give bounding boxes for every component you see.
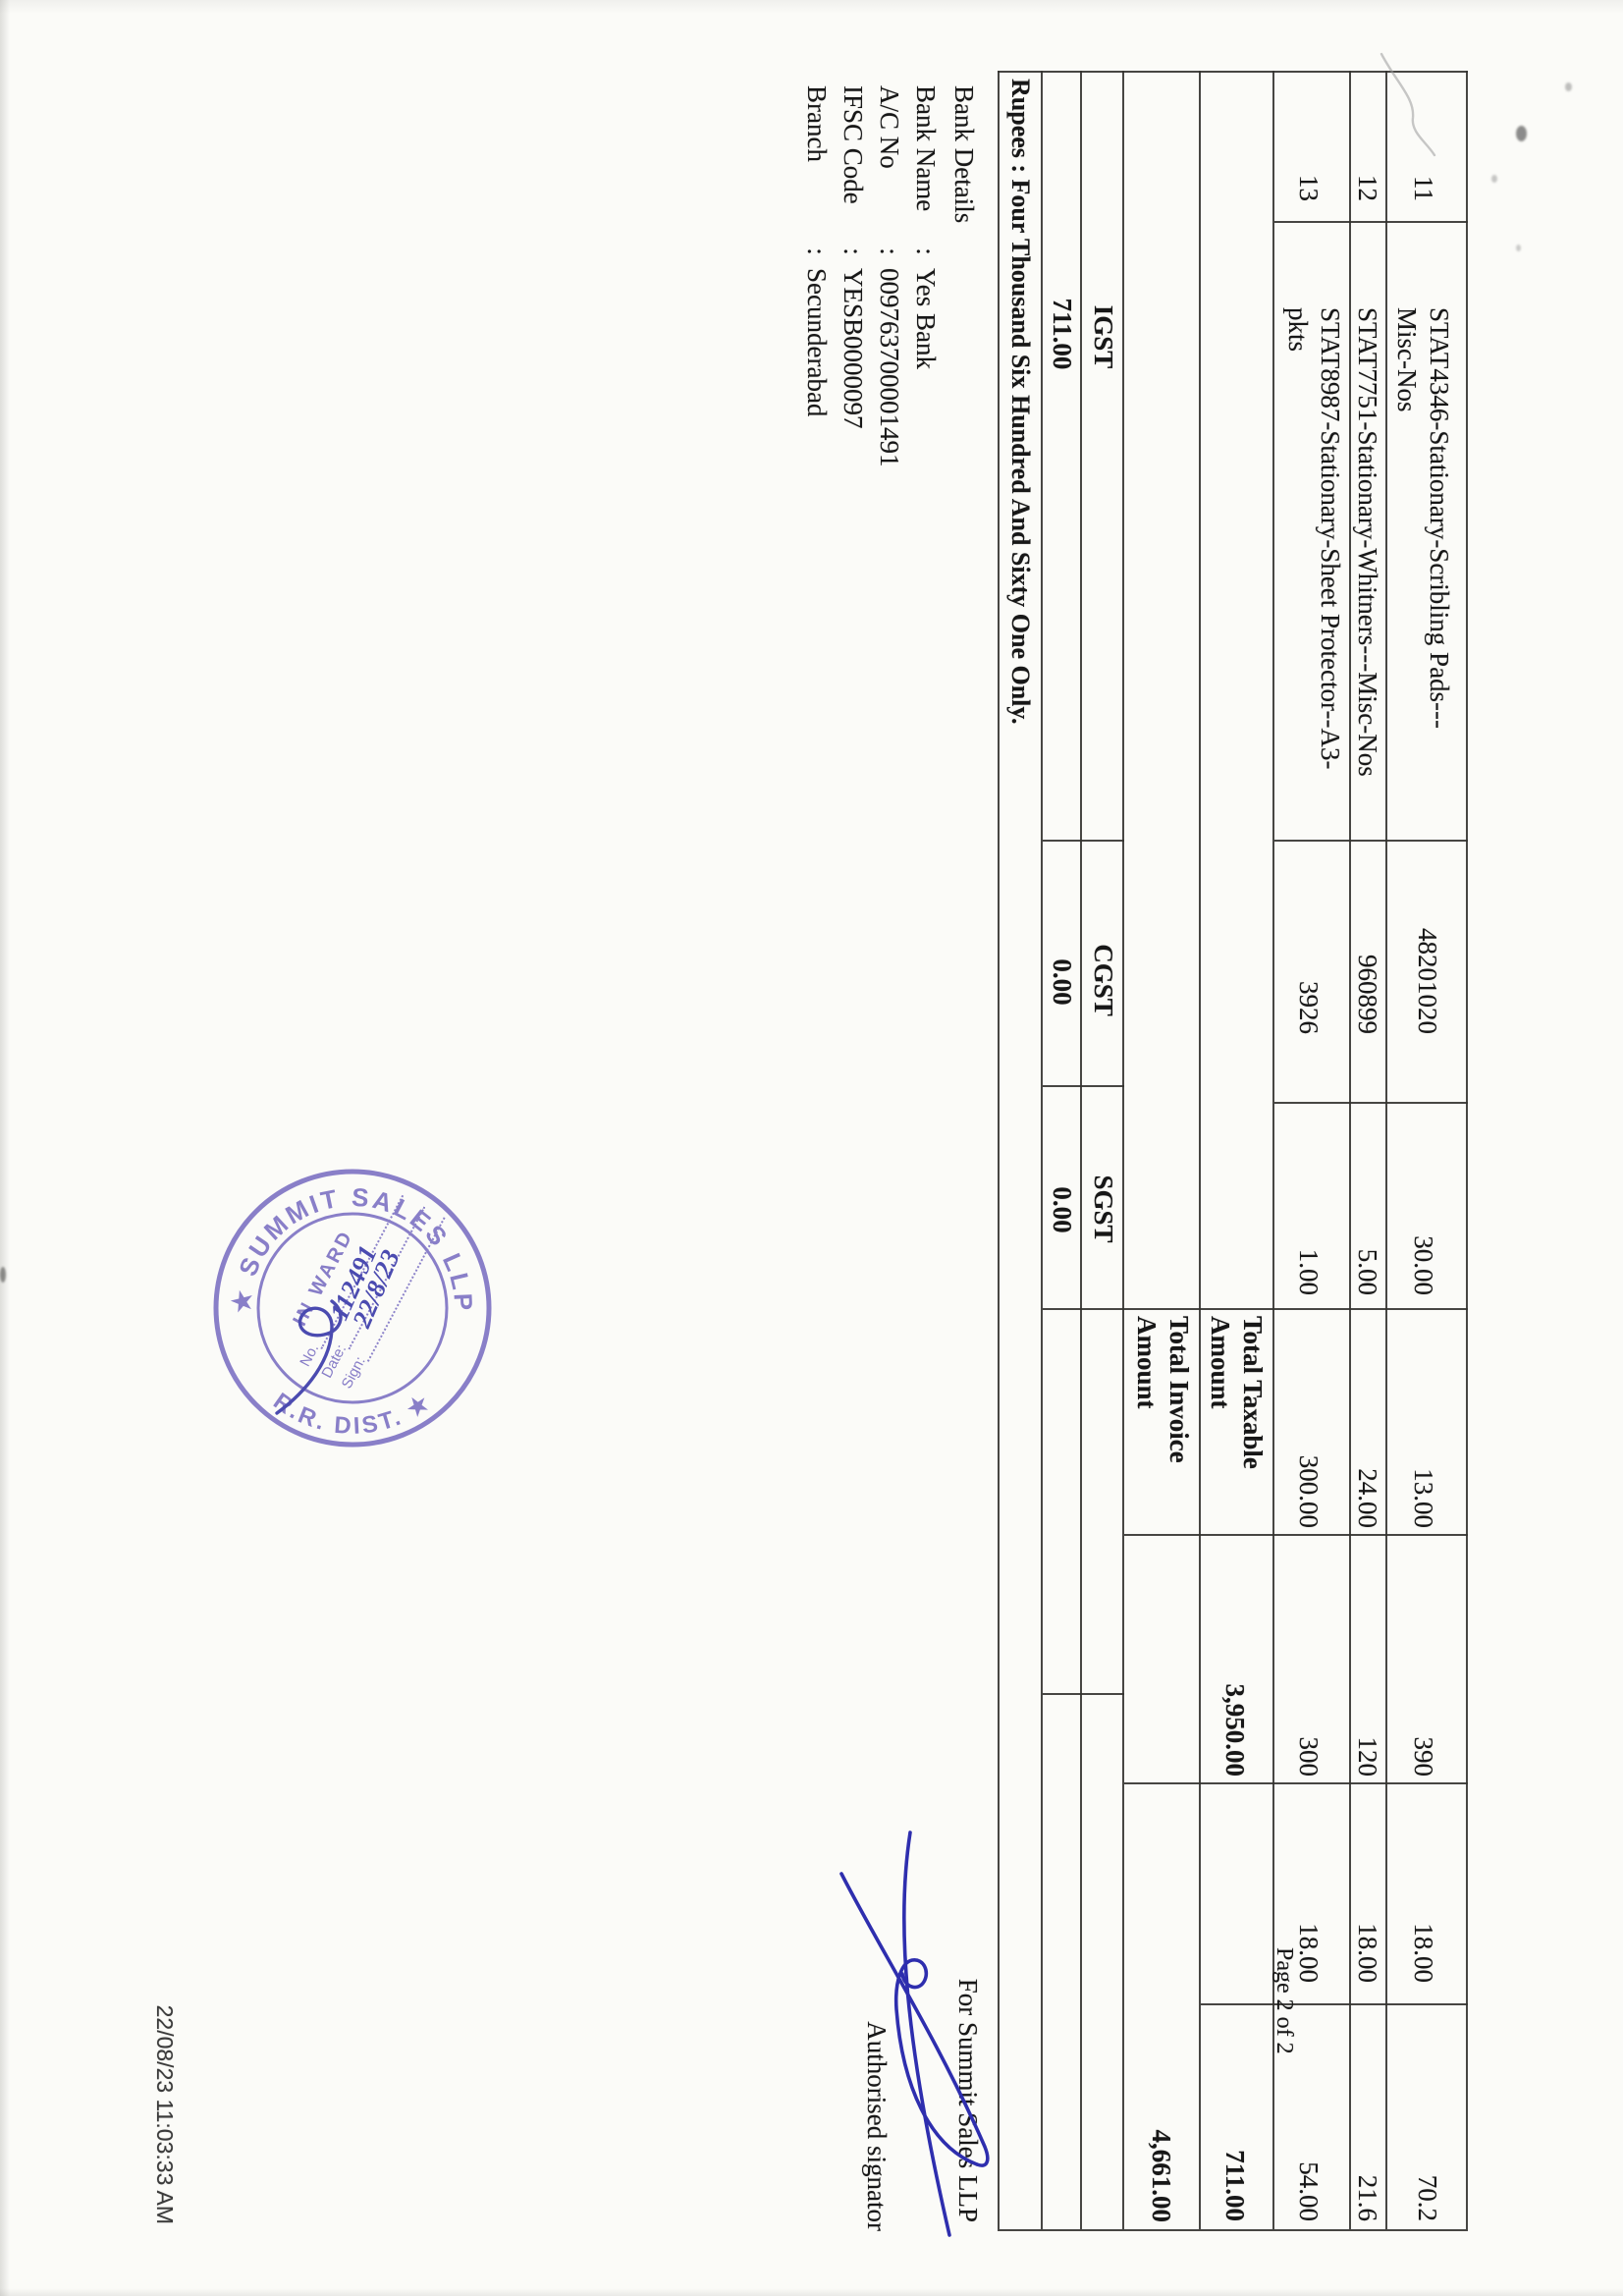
colon: : xyxy=(910,235,941,268)
cgst-value: 0.00 xyxy=(1047,884,1077,1080)
table-line xyxy=(1041,71,1043,2229)
colon: : xyxy=(874,235,904,268)
account-number-row: A/C No:009763700001491 xyxy=(874,85,904,467)
igst-value: 711.00 xyxy=(1047,236,1077,432)
gst-amount: 70.2 xyxy=(1412,2025,1442,2221)
scanned-invoice-page: 11 STAT4346-Stationary-Scribling Pads---… xyxy=(0,0,1623,2296)
cgst-label: CGST xyxy=(1088,882,1118,1078)
col-line-rate xyxy=(1124,1534,1468,1536)
table-line xyxy=(1466,71,1468,2229)
sgst-value: 0.00 xyxy=(1047,1112,1077,1308)
pencil-scribble xyxy=(1368,39,1446,177)
table-line xyxy=(1080,71,1082,2229)
print-timestamp: 22/08/23 11:03:33 AM xyxy=(149,1930,180,2224)
col-line-tax-a xyxy=(1043,1085,1124,1087)
page-number: Page 2 of 2 xyxy=(1269,1947,1299,2054)
qty: 5.00 xyxy=(1352,1099,1382,1295)
rate: 24.00 xyxy=(1352,1332,1382,1528)
branch-label: Branch xyxy=(801,85,832,235)
sgst-label: SGST xyxy=(1088,1111,1118,1307)
col-line-slno xyxy=(1274,221,1468,223)
signature-ink xyxy=(820,1823,1006,2255)
gst-amount: 21.6 xyxy=(1352,2025,1382,2221)
qty: 1.00 xyxy=(1293,1099,1324,1295)
amount: 300 xyxy=(1293,1580,1324,1777)
hsn-code: 48201020 xyxy=(1412,838,1442,1034)
total-taxable-label: Total Taxable xyxy=(1237,1316,1268,1469)
invoice-sheet: 11 STAT4346-Stationary-Scribling Pads---… xyxy=(0,0,1623,2296)
hsn-code: 960899 xyxy=(1352,838,1382,1034)
total-invoice-label: Amount xyxy=(1131,1316,1162,1409)
sl-no: 13 xyxy=(1293,98,1324,201)
branch-row: Branch:Secunderabad xyxy=(801,85,832,416)
item-description: Misc-Nos xyxy=(1391,307,1422,412)
inward-sign-ink xyxy=(238,1284,375,1421)
ink-speck xyxy=(1491,175,1497,183)
amount-in-words: Rupees : Four Thousand Six Hundred And S… xyxy=(1005,79,1036,724)
ink-speck xyxy=(1565,82,1572,91)
qty: 30.00 xyxy=(1408,1099,1438,1295)
col-line-tax-b xyxy=(1043,1693,1124,1695)
ifsc-code-row: IFSC Code:YESB0000097 xyxy=(838,85,868,429)
table-line xyxy=(1122,71,1124,2229)
col-line-desc-tax xyxy=(1043,840,1124,842)
rate: 13.00 xyxy=(1408,1332,1438,1528)
table-line xyxy=(1272,71,1274,2229)
ifsc-code-value: YESB0000097 xyxy=(838,268,868,429)
table-line xyxy=(1349,71,1351,2229)
account-number-value: 009763700001491 xyxy=(874,268,904,467)
gst-amount: 54.00 xyxy=(1293,2025,1324,2221)
table-border-right xyxy=(998,2229,1468,2231)
table-line xyxy=(1385,71,1387,2229)
ink-speck xyxy=(1516,126,1527,141)
col-line-gst xyxy=(1201,2003,1468,2005)
table-line xyxy=(1199,71,1201,2229)
colon: : xyxy=(838,235,868,268)
rate: 300.00 xyxy=(1293,1332,1324,1528)
amount: 120 xyxy=(1352,1580,1382,1777)
total-invoice-value: 4,661.00 xyxy=(1146,2026,1176,2222)
igst-label: IGST xyxy=(1088,239,1118,435)
col-line-qty xyxy=(1043,1308,1468,1310)
ifsc-code-label: IFSC Code xyxy=(838,85,868,235)
total-taxable-value: 3,950.00 xyxy=(1219,1580,1250,1777)
total-invoice-label: Total Invoice xyxy=(1163,1316,1194,1463)
bank-name-row: Bank Name:Yes Bank xyxy=(910,85,941,369)
total-taxable-label: Amount xyxy=(1205,1316,1235,1409)
branch-value: Secunderabad xyxy=(801,268,832,416)
item-description: STAT4346-Stationary-Scribling Pads--- xyxy=(1424,307,1454,729)
ink-speck xyxy=(1516,245,1521,251)
bank-name-value: Yes Bank xyxy=(910,268,941,369)
amount: 390 xyxy=(1408,1580,1438,1777)
account-number-label: A/C No xyxy=(874,85,904,235)
gst-percent: 18.00 xyxy=(1352,1786,1382,1983)
bank-details-title: Bank Details xyxy=(948,85,979,223)
item-description: STAT7751-Stationary-Whitners---Misc-Nos xyxy=(1352,307,1382,777)
edge-nick xyxy=(0,1267,6,1283)
company-stamp: ★ SUMMIT SALES LLP R.R. DIST. ★ IN WARD … xyxy=(210,1166,495,1450)
item-description: STAT8987-Stationary-Sheet Protector--A3- xyxy=(1315,307,1345,769)
gst-percent: 18.00 xyxy=(1408,1786,1438,1983)
total-gst-value: 711.00 xyxy=(1219,2025,1250,2221)
hsn-code: 3926 xyxy=(1293,838,1324,1034)
item-description: pkts xyxy=(1282,307,1313,352)
bank-name-label: Bank Name xyxy=(910,85,941,235)
col-line-amount xyxy=(1124,1782,1468,1784)
colon: : xyxy=(801,235,832,268)
